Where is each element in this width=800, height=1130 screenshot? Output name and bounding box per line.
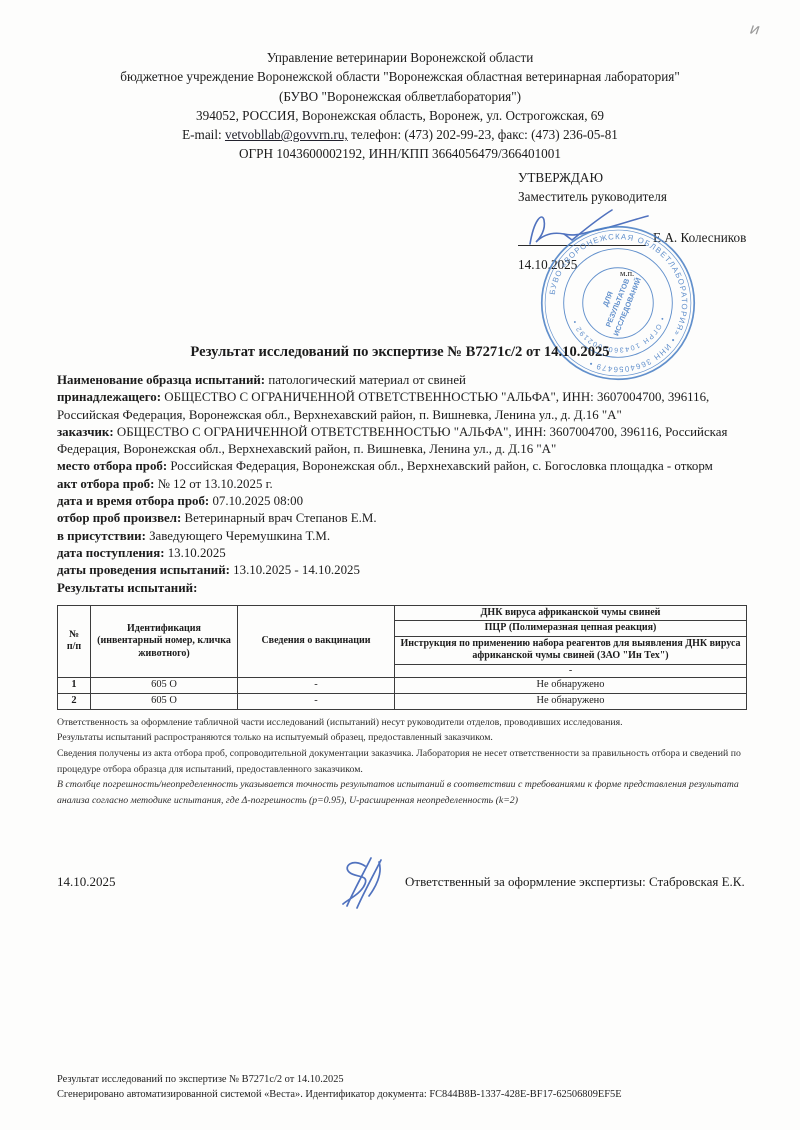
org-shortname-line: (БУВО "Воронежская облветлаборатория") [30,87,770,106]
row-vaccination: - [238,693,395,709]
field-sampling-datetime: дата и время отбора проб: 07.10.2025 08:… [57,493,748,510]
table-row: 1 605 О - Не обнаружено [58,677,747,693]
field-customer: заказчик: ОБЩЕСТВО С ОГРАНИЧЕННОЙ ОТВЕТС… [57,424,748,459]
organization-header: Управление ветеринарии Воронежской облас… [30,48,770,164]
col-header-number: № п/п [58,605,91,677]
handwritten-corner-mark: и [749,19,761,38]
org-name-line: Управление ветеринарии Воронежской облас… [30,48,770,67]
col-header-method: ПЦР (Полимеразная цепная реакция) [395,621,747,637]
row-number: 1 [58,677,91,693]
field-sampling-place: место отбора проб: Российская Федерация,… [57,458,748,475]
note-1: Ответственность за оформление табличной … [57,715,748,731]
table-row: 2 605 О - Не обнаружено [58,693,747,709]
note-2: Результаты испытаний распространяются то… [57,730,748,746]
field-sampler: отбор проб произвел: Ветеринарный врач С… [57,510,748,527]
phone-fax-text: телефон: (473) 202-99-23, факс: (473) 23… [351,127,618,142]
row-identification: 605 О [91,677,238,693]
document-title: Результат исследований по экспертизе № В… [30,344,770,361]
row-result: Не обнаружено [395,677,747,693]
note-3: Сведения получены из акта отбора проб, с… [57,746,748,777]
field-witness: в присутствии: Заведующего Черемушкина Т… [57,528,748,545]
field-receipt-date: дата поступления: 13.10.2025 [57,545,748,562]
field-sample-name: Наименование образца испытаний: патологи… [57,372,748,389]
org-ogrn-line: ОГРН 1043600002192, ИНН/КПП 3664056479/3… [30,144,770,163]
footer-generated-by: Сгенерировано автоматизированной системо… [57,1087,757,1102]
org-fullname-line: бюджетное учреждение Воронежской области… [30,67,770,86]
row-vaccination: - [238,677,395,693]
signoff-date: 14.10.2025 [57,874,116,890]
footer-expertise-ref: Результат исследований по экспертизе № В… [57,1072,757,1087]
col-header-identification: Идентификация (инвентарный номер, кличка… [91,605,238,677]
mp-place-of-seal: м.п. [620,268,634,278]
email-label: E-mail: [182,127,222,142]
approve-word: УТВЕРЖДАЮ [518,168,778,187]
org-contacts-line: E-mail: vetvobllab@govvrn.ru, телефон: (… [30,125,770,144]
field-owner: принадлежащего: ОБЩЕСТВО С ОГРАНИЧЕННОЙ … [57,389,748,424]
email-link[interactable]: vetvobllab@govvrn.ru, [225,127,348,142]
responsible-person: Ответственный за оформление экспертизы: … [405,874,745,890]
field-testing-dates: даты проведения испытаний: 13.10.2025 - … [57,562,748,579]
row-number: 2 [58,693,91,709]
scanned-document-page: и Управление ветеринарии Воронежской обл… [0,0,800,1130]
row-result: Не обнаружено [395,693,747,709]
row-identification: 605 О [91,693,238,709]
note-4: В столбце погрешность/неопределенность у… [57,777,748,808]
field-sampling-act: акт отбора проб: № 12 от 13.10.2025 г. [57,476,748,493]
stamp-center-text: ДЛЯ РЕЗУЛЬТАТОВ ИССЛЕДОВАНИЙ [592,268,643,337]
document-footer: Результат исследований по экспертизе № В… [57,1072,757,1102]
document-body: Наименование образца испытаний: патологи… [57,372,748,808]
responsible-signature-icon [335,852,391,910]
org-address-line: 394052, РОССИЯ, Воронежская область, Вор… [30,106,770,125]
col-header-test-target: ДНК вируса африканской чумы свиней [395,605,747,621]
signoff-row: 14.10.2025 Ответственный за оформление э… [57,852,765,912]
col-header-vaccination: Сведения о вакцинации [238,605,395,677]
results-table: № п/п Идентификация (инвентарный номер, … [57,605,747,710]
col-header-uncertainty: - [395,664,747,677]
disclaimer-notes: Ответственность за оформление табличной … [57,715,748,809]
col-header-method-doc: Инструкция по применению набора реагенто… [395,636,747,664]
field-results-heading: Результаты испытаний: [57,580,748,597]
